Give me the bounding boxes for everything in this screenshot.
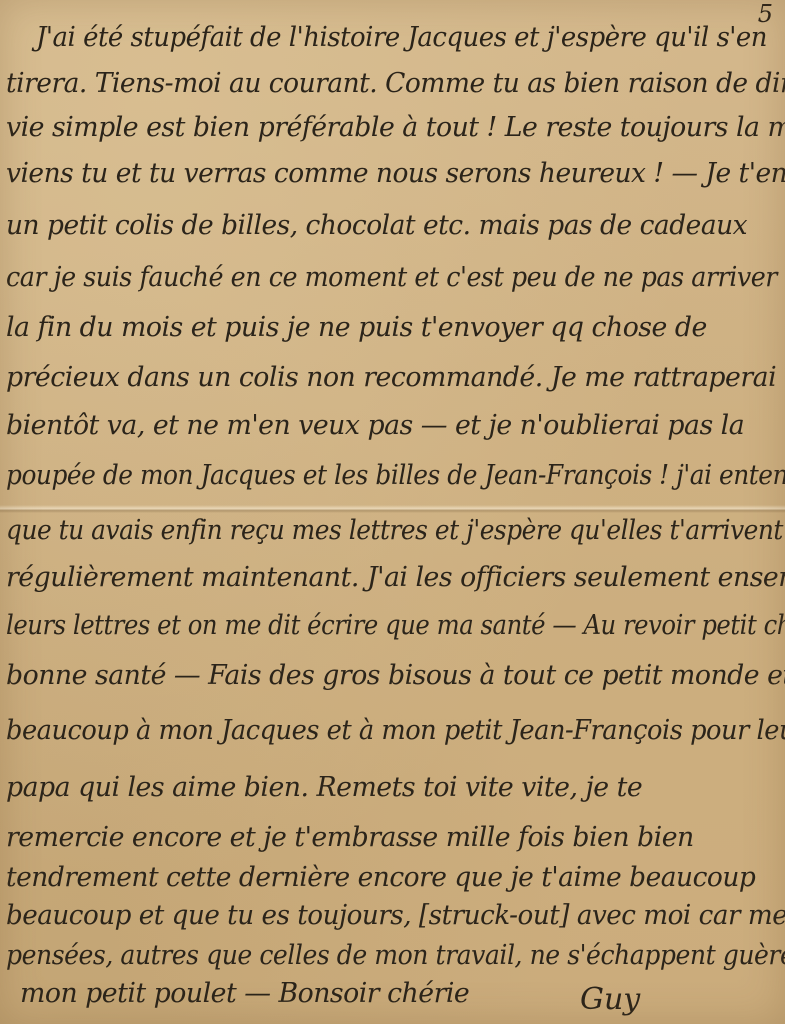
letter-line-7: la fin du mois et puis je ne puis t'envo… (6, 312, 707, 343)
letter-line-20: pensées, autres que celles de mon travai… (6, 940, 785, 971)
letter-line-6: car je suis fauché en ce moment et c'est… (6, 262, 785, 293)
letter-line-1: J'ai été stupéfait de l'histoire Jacques… (36, 22, 767, 53)
letter-line-13: leurs lettres et on me dit écrire que ma… (6, 610, 785, 641)
letter-page: 5 J'ai été stupéfait de l'histoire Jacqu… (0, 0, 785, 1024)
letter-line-16: papa qui les aime bien. Remets toi vite … (6, 772, 642, 803)
letter-line-10: poupée de mon Jacques et les billes de J… (6, 460, 785, 491)
signature: Guy (580, 982, 640, 1017)
letter-line-2: tirera. Tiens-moi au courant. Comme tu a… (6, 68, 785, 99)
paper-fold-crease (0, 505, 785, 513)
letter-line-15: beaucoup à mon Jacques et à mon petit Je… (6, 715, 785, 746)
letter-line-18: tendrement cette dernière encore que je … (6, 862, 755, 893)
letter-line-19: beaucoup et que tu es toujours, [struck-… (6, 900, 785, 931)
letter-line-4: viens tu et tu verras comme nous serons … (6, 158, 785, 189)
letter-line-21: mon petit poulet — Bonsoir chérie (20, 978, 469, 1009)
letter-line-12: régulièrement maintenant. J'ai les offic… (6, 562, 785, 593)
letter-line-5: un petit colis de billes, chocolat etc. … (6, 210, 747, 241)
letter-line-14: bonne santé — Fais des gros bisous à tou… (6, 660, 785, 691)
letter-line-9: bientôt va, et ne m'en veux pas — et je … (6, 410, 744, 441)
letter-line-8: précieux dans un colis non recommandé. J… (6, 362, 776, 393)
letter-line-17: remercie encore et je t'embrasse mille f… (6, 822, 694, 853)
letter-line-11: que tu avais enfin reçu mes lettres et j… (6, 515, 783, 546)
letter-line-3: vie simple est bien préférable à tout ! … (6, 112, 785, 143)
